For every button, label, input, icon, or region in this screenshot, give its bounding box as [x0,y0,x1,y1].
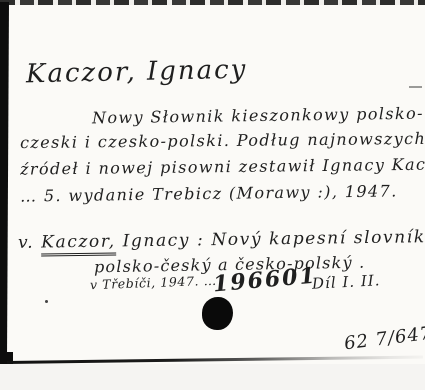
ink-speck [45,300,48,303]
card-heading-author: Kaczor, Ignacy [26,56,248,89]
volume-note: Díl I. II. [312,272,381,292]
cross-reference-surname: Kaczor, [41,231,116,256]
cross-reference-prefix: v. [18,233,34,253]
scan-top-edge [0,0,425,5]
catalog-card-scan: Kaczor, Ignacy Nowy Słownik kieszonkowy … [0,0,425,390]
scan-background-strip [0,364,425,390]
description-line-2: czeski i czesko-polski. Podług najnowszy… [20,130,425,152]
scan-artifact-dash [409,86,422,88]
cross-reference-title: Ignacy : Nový kapesní slovník [123,227,425,251]
ink-blot [202,297,233,330]
